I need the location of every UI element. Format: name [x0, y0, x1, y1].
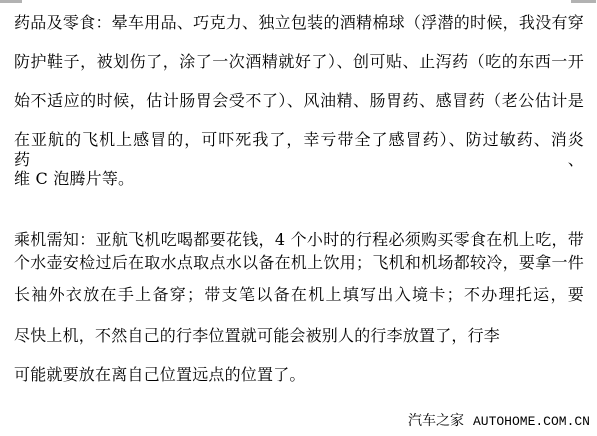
text-line: 始不适应的时候，估计肠胃会受不了）、风油精、肠胃药、感冒药（老公估计是 [14, 91, 584, 130]
text-line: 药品及零食：晕车用品、巧克力、独立包装的酒精棉球（浮潜的时候，我没有穿 [14, 13, 584, 52]
watermark-site-name: 汽车之家 [408, 410, 464, 430]
top-right-edge-artifact [571, 0, 596, 3]
paragraph-boarding-notes: 乘机需知：亚航飞机吃喝都要花钱，4 个小时的行程必须购买零食在机上吃，带 个水壶… [14, 230, 584, 385]
text-line: 乘机需知：亚航飞机吃喝都要花钱，4 个小时的行程必须购买零食在机上吃，带 [14, 230, 584, 253]
text-line: 防护鞋子，被划伤了，涂了一次酒精就好了）、创可贴、止泻药（吃的东西一开 [14, 52, 584, 91]
paragraph-medicines-and-snacks: 药品及零食：晕车用品、巧克力、独立包装的酒精棉球（浮潜的时候，我没有穿 防护鞋子… [14, 13, 584, 189]
watermark: 汽车之家 AUTOHOME.COM.CN [408, 410, 590, 430]
text-line: 可能就要放在离自己位置远点的位置了。 [14, 365, 584, 385]
document-page: 药品及零食：晕车用品、巧克力、独立包装的酒精棉球（浮潜的时候，我没有穿 防护鞋子… [0, 0, 597, 436]
top-left-edge-artifact [0, 0, 22, 3]
watermark-site-domain: AUTOHOME.COM.CN [473, 414, 590, 429]
text-line: 维 C 泡腾片等。 [14, 169, 584, 189]
text-line: 个水壶安检过后在取水点取点水以备在机上饮用；飞机和机场都较冷，要拿一件 [14, 253, 584, 285]
text-line: 长袖外衣放在手上备穿；带支笔以备在机上填写出入境卡；不办理托运，要 [14, 285, 584, 326]
text-line: 在亚航的飞机上感冒的，可吓死我了，幸亏带全了感冒药）、防过敏药、消炎药、 [14, 130, 584, 169]
text-line: 尽快上机，不然自己的行李位置就可能会被别人的行李放置了，行李 [14, 326, 584, 365]
